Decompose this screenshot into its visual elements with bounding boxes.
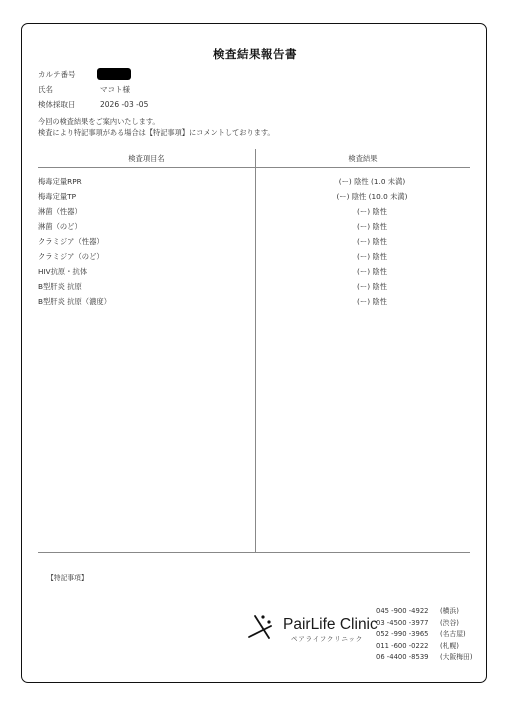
- phone-number: 011 -600 -0222: [376, 641, 440, 653]
- table-row-name: B型肝炎 抗原: [38, 282, 82, 292]
- table-row-result: (ー) 陰性: [256, 237, 488, 247]
- phone-branch: (名古屋): [440, 630, 466, 638]
- table-row-result: (ー) 陰性: [256, 282, 488, 292]
- chart-number-label: カルテ番号: [38, 69, 100, 80]
- table-row-name: HIV抗原・抗体: [38, 267, 87, 277]
- clinic-phone-list: 045 -900 -4922(横浜) 03 -4500 -3977(渋谷) 05…: [376, 606, 473, 664]
- table-row-result: (ー) 陰性: [256, 222, 488, 232]
- phone-number: 06 -4400 -8539: [376, 652, 440, 664]
- remarks-label: 【特記事項】: [47, 572, 88, 582]
- table-row-name: 梅毒定量RPR: [38, 177, 82, 187]
- table-row-name: 淋菌（性器）: [38, 207, 82, 217]
- table-row-name: 淋菌（のど）: [38, 222, 82, 232]
- notice-line-2: 検査により特記事項がある場合は【特記事項】にコメントしております。: [38, 128, 275, 138]
- table-row-name: クラミジア（のど）: [38, 252, 104, 262]
- header-test-item: 検査項目名: [38, 154, 255, 164]
- phone-branch: (渋谷): [440, 619, 459, 627]
- phone-entry: 052 -990 -3965(名古屋): [376, 629, 473, 641]
- table-row-result: (ー) 陰性: [256, 297, 488, 307]
- clinic-name-kana: ペアライフクリニック: [291, 634, 363, 643]
- table-bottom-divider: [38, 552, 470, 553]
- table-row-name: クラミジア（性器）: [38, 237, 104, 247]
- table-row-result: (ー) 陰性: [256, 267, 488, 277]
- phone-number: 03 -4500 -3977: [376, 618, 440, 630]
- document-title: 検査結果報告書: [0, 46, 510, 62]
- collection-date-label: 検体採取日: [38, 99, 100, 110]
- table-row-name: B型肝炎 抗原（濃度）: [38, 297, 111, 307]
- phone-entry: 011 -600 -0222(札幌): [376, 641, 473, 653]
- patient-name-row: 氏名マコト様: [38, 84, 130, 95]
- phone-branch: (横浜): [440, 607, 459, 615]
- notice-line-1: 今回の検査結果をご案内いたします。: [38, 117, 160, 127]
- table-row-result: (ー) 陰性 (1.0 未満): [256, 177, 488, 187]
- table-header-divider: [38, 167, 470, 168]
- chart-number-redacted: [97, 68, 131, 80]
- phone-branch: (札幌): [440, 642, 459, 650]
- chart-number-row: カルテ番号: [38, 69, 100, 80]
- collection-date-row: 検体採取日2026 -03 -05: [38, 99, 148, 110]
- phone-entry: 06 -4400 -8539(大阪梅田): [376, 652, 473, 664]
- table-row-result: (ー) 陰性 (10.0 未満): [256, 192, 488, 202]
- header-test-result: 検査結果: [256, 154, 470, 164]
- phone-branch: (大阪梅田): [440, 653, 473, 661]
- phone-entry: 03 -4500 -3977(渋谷): [376, 618, 473, 630]
- clinic-name: PairLife Clinic: [283, 616, 378, 634]
- patient-name-value: マコト様: [100, 85, 130, 94]
- person-jump-icon: [247, 612, 281, 646]
- phone-entry: 045 -900 -4922(横浜): [376, 606, 473, 618]
- collection-date-value: 2026 -03 -05: [100, 100, 148, 109]
- table-row-result: (ー) 陰性: [256, 207, 488, 217]
- phone-number: 052 -990 -3965: [376, 629, 440, 641]
- patient-name-label: 氏名: [38, 84, 100, 95]
- table-row-result: (ー) 陰性: [256, 252, 488, 262]
- table-row-name: 梅毒定量TP: [38, 192, 76, 202]
- phone-number: 045 -900 -4922: [376, 606, 440, 618]
